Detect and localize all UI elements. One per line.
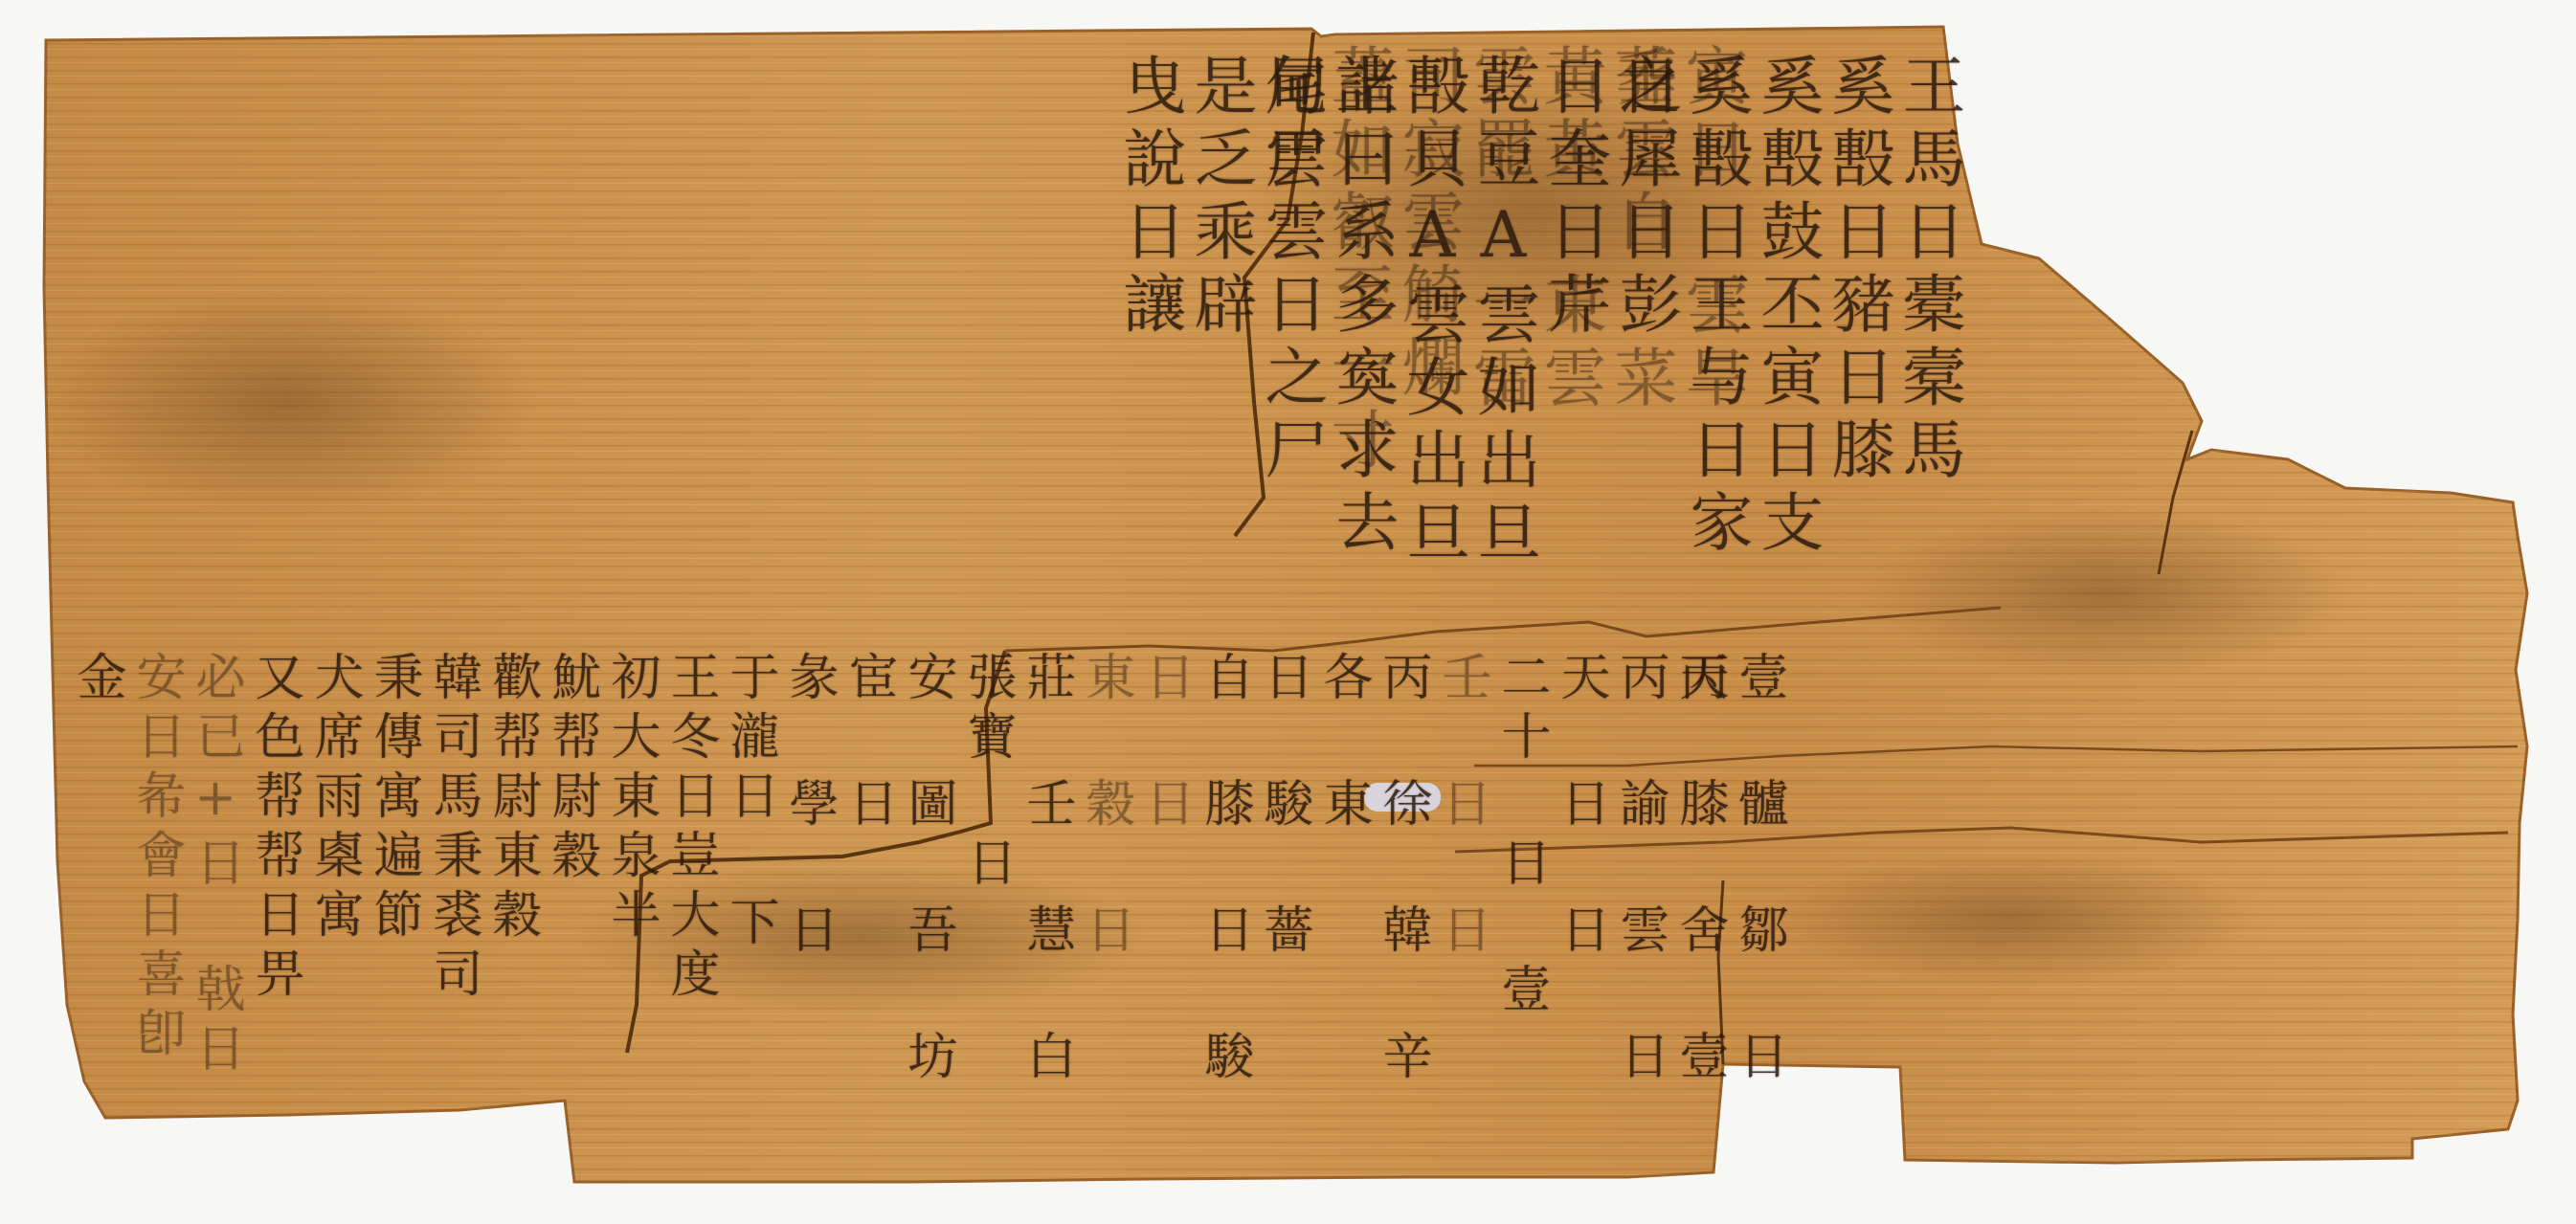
inscription-column: 魷帮尉穀 (542, 651, 601, 1148)
inscription-column: 日 駿 薔 (1254, 651, 1313, 1148)
inscription-column: 曳說日讓 (1113, 53, 1184, 589)
inscription-column: 王冬日豈大度 (661, 651, 720, 1148)
inscription-column: 壬 日 日 (1432, 651, 1491, 1148)
inscription-column: 安日㣇會日喜卽 (126, 651, 186, 1148)
inscription-column: 莊 壬 慧 白 (1017, 651, 1076, 1148)
inscription-column: 天 膝 舍 壹 (1669, 651, 1729, 1148)
inscription-column: 葬雲自 菜 (1604, 43, 1675, 541)
lower-register: 金 安日㣇會日喜卽 必已+日 戟日 又色帮帮日畀 犬席雨㮚寓 秉傳寓遍節 韓司馬… (67, 651, 1788, 1148)
inscription-column: 壹 髗 鄒 日 丙 (1729, 651, 1788, 1148)
inscription-column: 尾尸雲日之尸 (1255, 53, 1326, 589)
upper-register-faded: 寅日 雲旱 壬 葬雲自 菜 黃黃 東雲 雲罷 一雷 司寂雲觭爛 蓋如叡至一寸 (1321, 43, 1746, 541)
inscription-column: 王馬日橐槖馬 (1893, 53, 1963, 589)
inscription-column: 金 (67, 651, 126, 1148)
inscription-column: 奚毄日豬日膝 (1822, 53, 1893, 589)
inscription-column: 又色帮帮日畀 (245, 651, 304, 1148)
inscription-column: 歡帮尉東穀 (482, 651, 542, 1148)
inscription-column: 東 穀 日 (1076, 651, 1135, 1148)
inscription-column: 蓋如叡至一寸 (1321, 43, 1392, 541)
inscription-column: 寅日 雲旱 壬 (1675, 43, 1746, 541)
inscription-column: 丙 諭 雲 日 (1610, 651, 1669, 1148)
inscription-column: 彖 學 日 (779, 651, 839, 1148)
inscription-column: 自 膝 日 駿 (1195, 651, 1254, 1148)
inscription-column: 黃黃 東雲 (1534, 43, 1604, 541)
inscription-column: 秉傳寓遍節 (364, 651, 423, 1148)
inscription-column: 安 圖 吾 坊 (898, 651, 957, 1148)
inscription-column: 奚毄鼓丕寅日支 (1751, 53, 1822, 589)
inscription-column: 丙 徐 韓 辛 (1373, 651, 1432, 1148)
inscription-column: 宦 日 (839, 651, 898, 1148)
inscription-column: 初大東泉半 (601, 651, 661, 1148)
inscription-column: 犬席雨㮚寓 (304, 651, 364, 1148)
inscription-column: 雲罷 一雷 (1463, 43, 1534, 541)
inscription-column: 是乏乘辟 (1184, 53, 1255, 589)
inscription-column: 各 東 (1313, 651, 1373, 1148)
inscription-column: 必已+日 戟日 (186, 651, 245, 1148)
inscription-column: 天 日 日 (1551, 651, 1610, 1148)
wooden-tablet: 王馬日橐槖馬 奚毄日豬日膝 奚毄鼓丕寅日支 奚毄日王与日家之 日犀日彭 日奎日芹… (0, 0, 2576, 1224)
inscription-column: 二十 日 壹 (1491, 651, 1551, 1148)
inscription-column: 韓司馬秉裘司 (423, 651, 482, 1148)
inscription-column: 張寶 日 (957, 651, 1017, 1148)
inscription-column: 日 日 (1135, 651, 1195, 1148)
inscription-column: 司寂雲觭爛 (1392, 43, 1463, 541)
inscription-column: 于瀧日 下 (720, 651, 779, 1148)
